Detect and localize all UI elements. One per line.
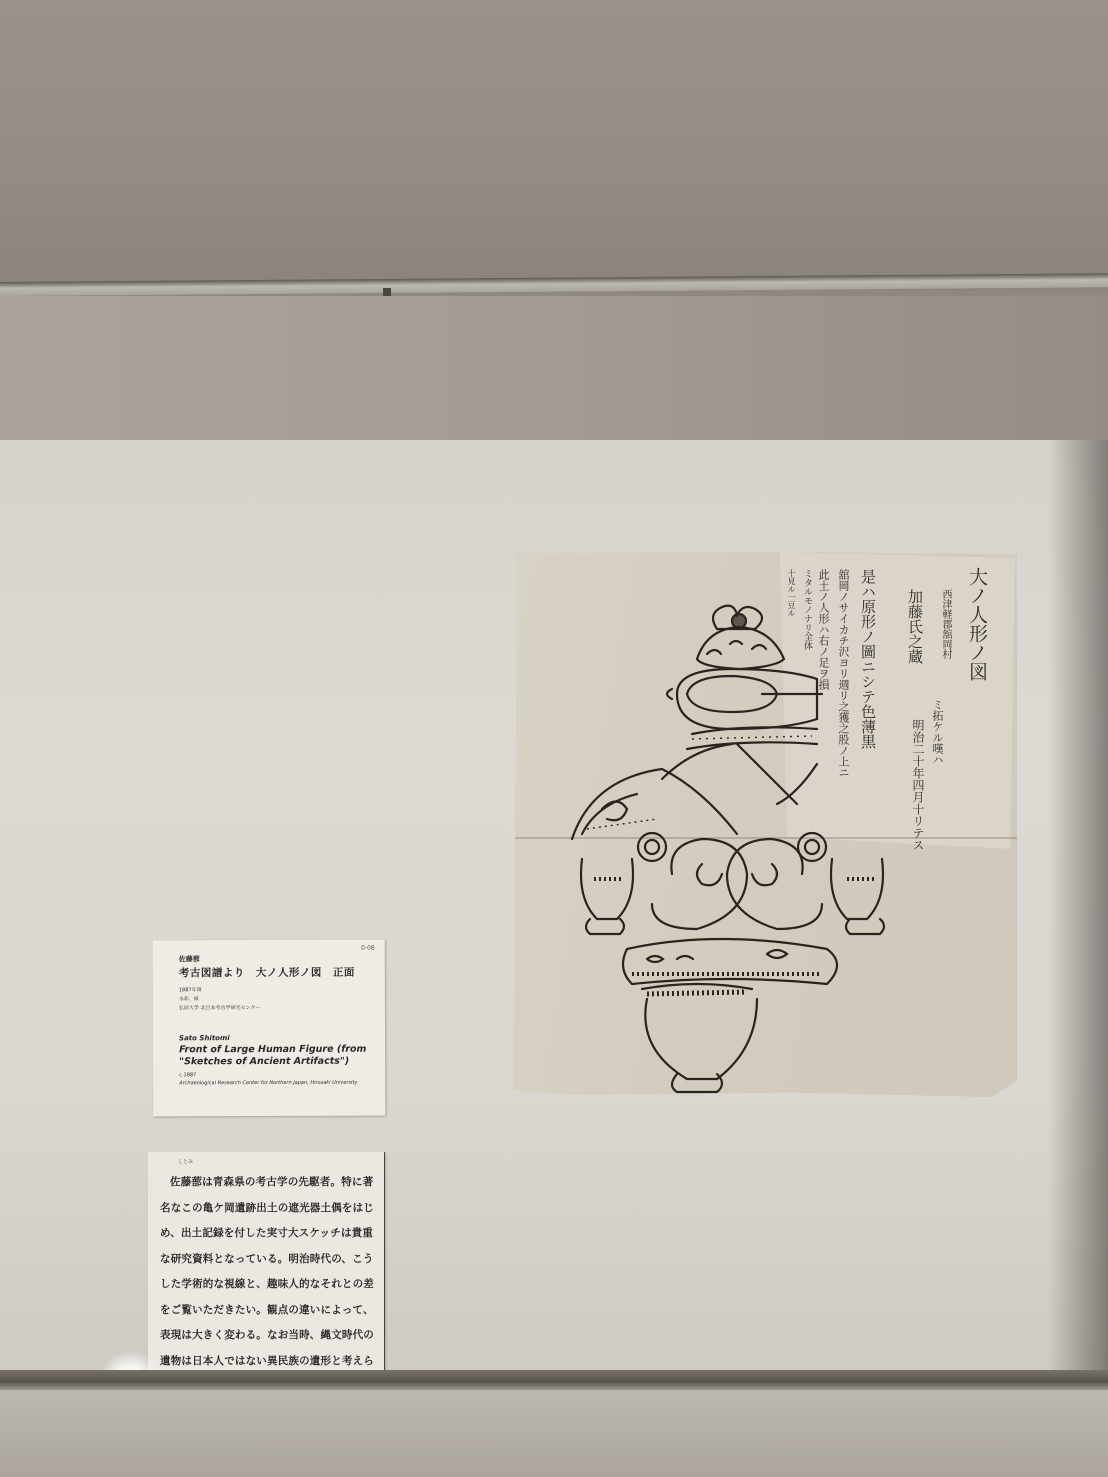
display-case-back-panel (0, 296, 1108, 446)
furigana-ruby: しとみ (178, 1158, 193, 1165)
artwork-title-en: Front of Large Human Figure (from "Sketc… (179, 1044, 389, 1069)
artifact-sketch-sheet: 大ノ人形ノ図 西津軽郡舘岡村 加藤氏之蔵 ミ拓ケル嘆ハ 明治二十年四月十リテス … (512, 549, 1017, 1097)
owner-ja: 弘前大学 北日本考古学研究センター (179, 1004, 260, 1011)
case-shadow (1048, 440, 1108, 1440)
gallery-wall (0, 0, 1108, 290)
artist-name-ja: 佐藤蔀 (179, 954, 200, 964)
case-lower-edge (0, 1390, 1108, 1477)
artwork-title-ja: 考古図譜より 大ノ人形ノ図 正面 (179, 965, 355, 981)
display-case-bottom-rail (0, 1370, 1108, 1390)
date-en: c.1887 (179, 1072, 196, 1078)
date-ja: 1887年頃 (179, 986, 202, 993)
owner-en: Archaeological Research Center for North… (179, 1080, 357, 1087)
commentary-text: 佐藤蔀は青森県の考古学の先駆者。特に著名なこの亀ケ岡遺跡出土の遮光器土偶をはじめ… (160, 1170, 380, 1400)
artist-name-en: Sato Shitomi (179, 1034, 230, 1042)
commentary-card: しとみ 佐藤蔀は青森県の考古学の先駆者。特に著名なこの亀ケ岡遺跡出土の遮光器土偶… (148, 1152, 385, 1385)
dogu-figure-drawing (512, 549, 1017, 1097)
catalog-code: 0-08 (361, 945, 375, 952)
medium-ja: 水彩、紙 (179, 995, 199, 1002)
caption-card: 0-08 佐藤蔀 考古図譜より 大ノ人形ノ図 正面 1887年頃 水彩、紙 弘前… (153, 940, 386, 1117)
